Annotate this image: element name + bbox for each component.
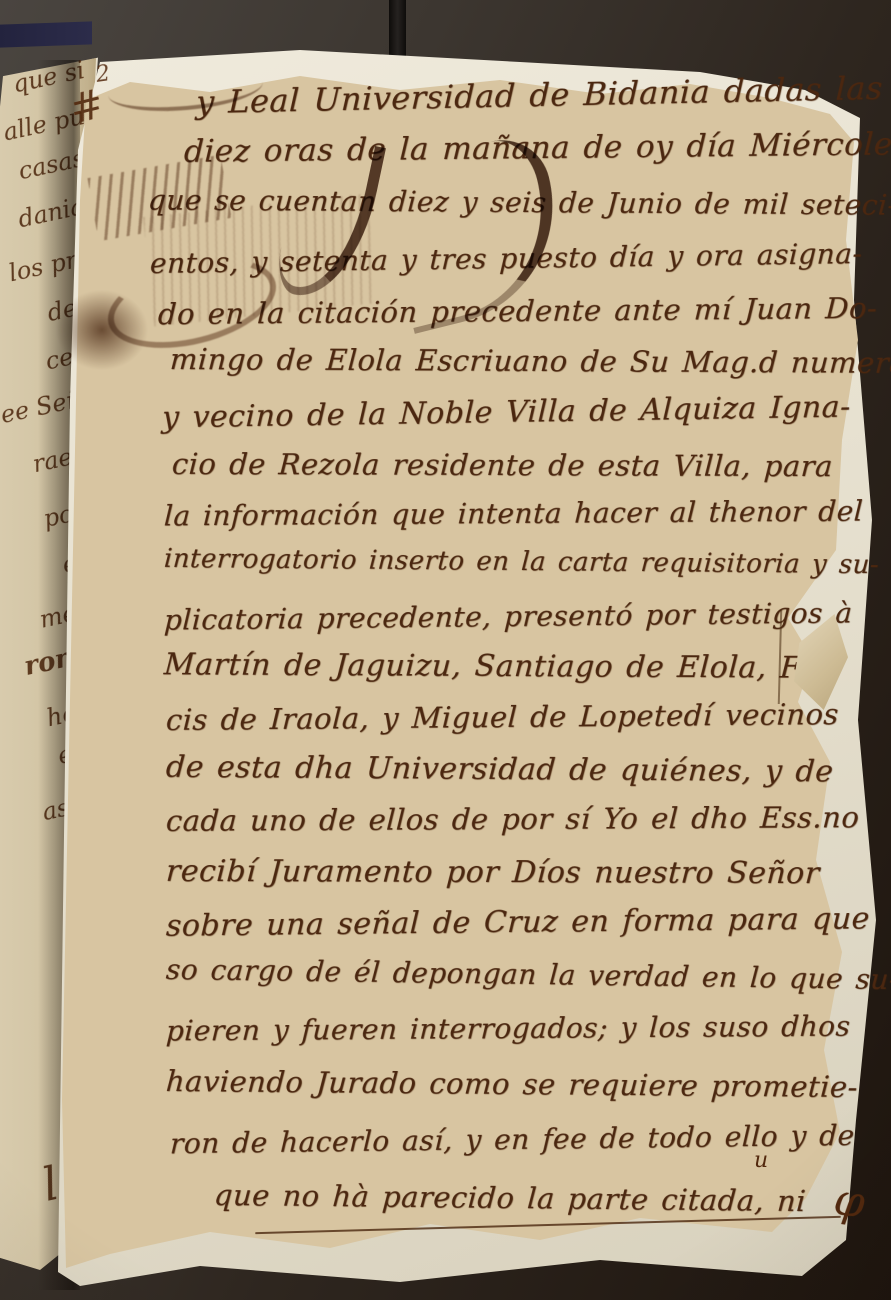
photo-vignette xyxy=(0,0,891,1300)
photo-scene: que si alle pu casas dania los pri del c… xyxy=(0,0,891,1300)
